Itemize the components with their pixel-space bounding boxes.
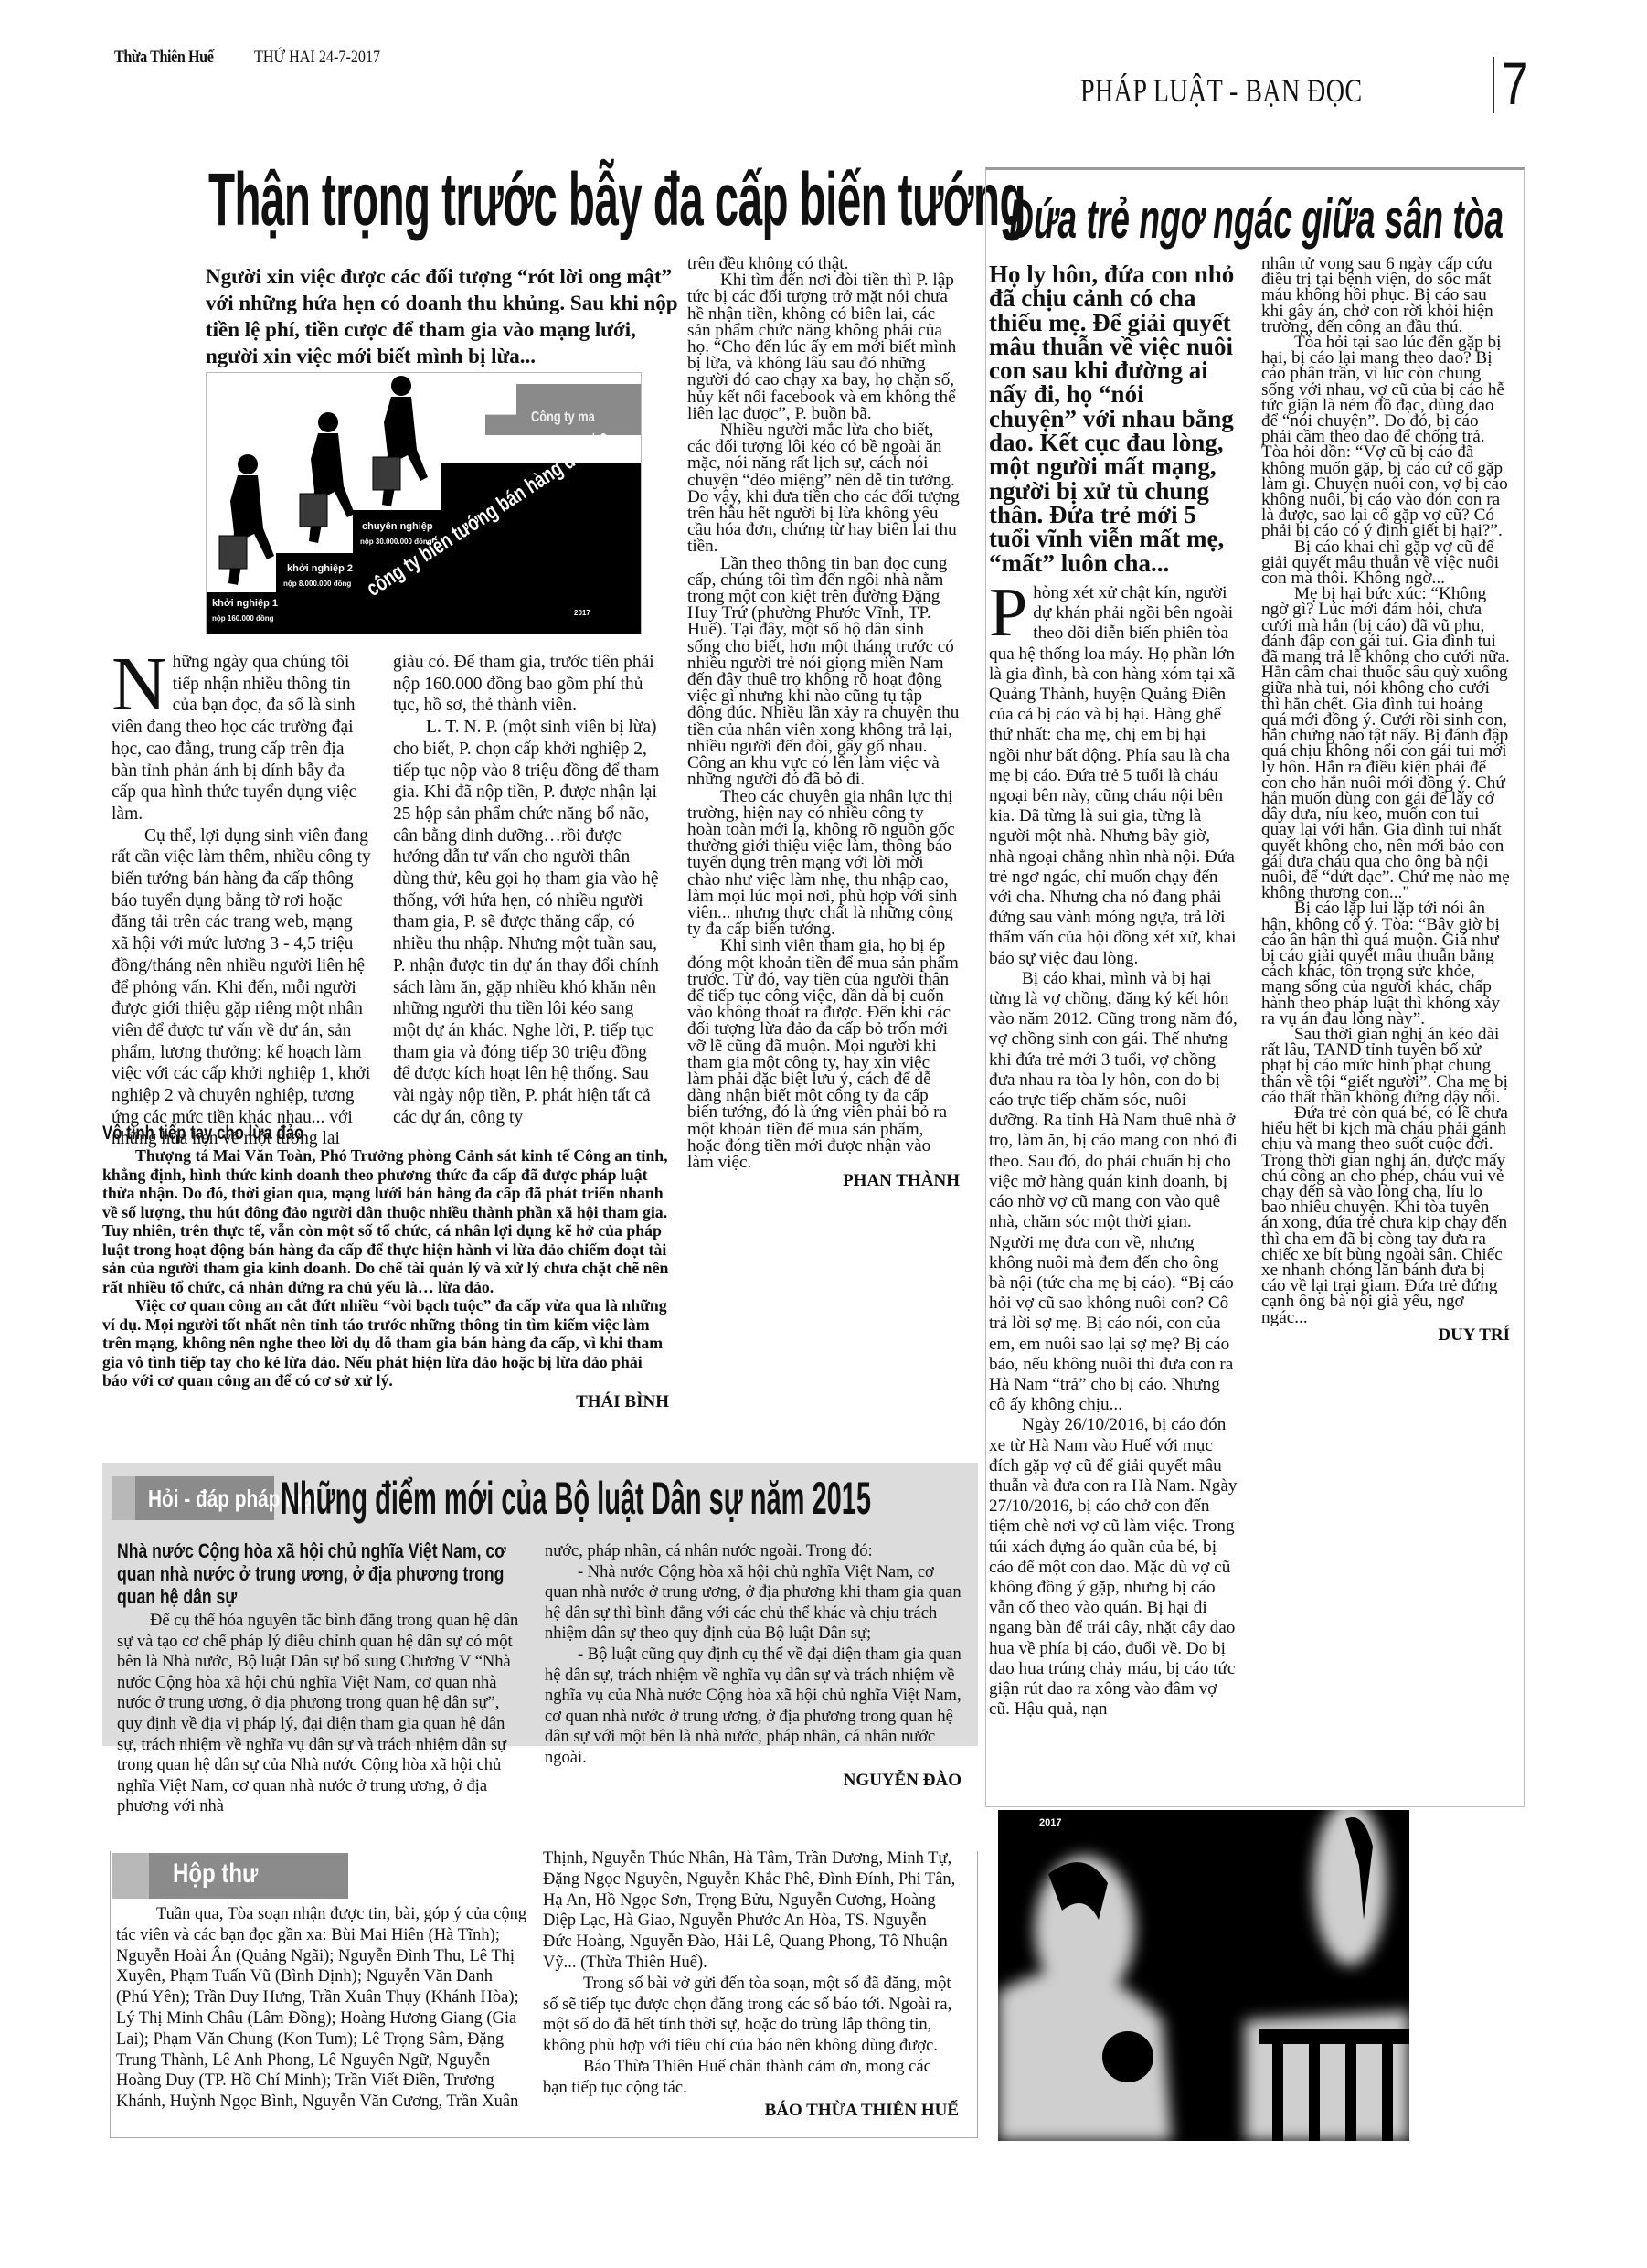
sidebar-subhead: Vô tình tiếp tay cho lừa đảo (102, 1123, 556, 1145)
paragraph: Thượng tá Mai Văn Toàn, Phó Trưởng phòng… (102, 1146, 669, 1296)
paragraph: Bị cáo lặp lui lặp tới nói ân hận, không… (1261, 900, 1510, 1027)
paragraph: Theo các chuyên gia nhân lực thị trường,… (687, 789, 960, 939)
mailbox-tag: Hộp thư (112, 1853, 348, 1899)
paragraph: Khi sinh viên tham gia, họ bị ép đóng mộ… (687, 938, 960, 1171)
page-number: 7 (1502, 53, 1528, 113)
mailbox-column-2: Thịnh, Nguyễn Thúc Nhân, Hà Tâm, Trần Dư… (543, 1848, 959, 2121)
paragraph: Báo Thừa Thiên Huế chân thành cảm ơn, mo… (543, 2057, 959, 2099)
paragraph: - Nhà nước Cộng hòa xã hội chủ nghĩa Việ… (545, 1562, 962, 1645)
article1-column-2: giàu có. Để tham gia, trước tiên phải nộ… (393, 652, 660, 1128)
legal-qa-column-2: nước, pháp nhân, cá nhân nước ngoài. Tro… (545, 1541, 962, 1791)
byline: BÁO THỪA THIÊN HUẾ (543, 2101, 959, 2122)
mailbox-tag-label: Hộp thư (173, 1858, 258, 1890)
mother-child-father-drawing (998, 1810, 1409, 2141)
article1-sidebar: Vô tình tiếp tay cho lừa đảo Thượng tá M… (102, 1123, 669, 1412)
paragraph: Tòa hỏi tại sao lúc đến gặp bị hại, bị c… (1261, 335, 1510, 539)
byline: DUY TRÍ (1261, 1327, 1510, 1343)
article2-sapo: Họ ly hôn, đứa con nhỏ đã chịu cảnh có c… (989, 262, 1238, 575)
paragraph: Nhiều người mắc lừa cho biết, các đối tư… (687, 422, 960, 556)
article1-column-1: Những ngày qua chúng tôi tiếp nhận nhiều… (112, 652, 372, 1150)
paragraph: Việc cơ quan công an cắt đứt nhiều “vòi … (102, 1296, 669, 1390)
article1-column-3: trên đều không có thật. Khi tìm đến nơi … (687, 256, 960, 1189)
legal-qa-question: Nhà nước Cộng hòa xã hội chủ nghĩa Việt … (117, 1539, 526, 1608)
article1-sapo: Người xin việc được các đối tượng “rót l… (206, 263, 681, 369)
paragraph: nhân tử vong sau 6 ngày cấp cứu điều trị… (1261, 256, 1510, 335)
mailbox-column-1: Tuần qua, Tòa soạn nhận được tin, bài, g… (116, 1904, 527, 2113)
courtroom-illustration: 2017 (998, 1810, 1409, 2141)
paragraph: Bị cáo khai, mình và bị hại từng là vợ c… (989, 969, 1238, 1415)
article2-column-1: Phòng xét xử chật kín, người dự khán phả… (989, 583, 1238, 1720)
paragraph: giàu có. Để tham gia, trước tiên phải nộ… (393, 652, 660, 717)
paragraph: L. T. N. P. (một sinh viên bị lừa) cho b… (393, 717, 660, 1128)
paragraph: Thịnh, Nguyễn Thúc Nhân, Hà Tâm, Trần Dư… (543, 1848, 959, 1974)
byline: THÁI BÌNH (102, 1392, 669, 1412)
dropcap: P (989, 585, 1027, 640)
article2-column-2: nhân tử vong sau 6 ngày cấp cứu điều trị… (1261, 256, 1510, 1343)
paragraph: Khi tìm đến nơi đòi tiền thì P. lập tức … (687, 272, 960, 422)
paragraph: Bị cáo khai chỉ gặp vợ cũ để giải quyết … (1261, 539, 1510, 587)
tag-accent (112, 1853, 149, 1899)
paragraph: Cụ thể, lợi dụng sinh viên đang rất cần … (112, 825, 372, 1151)
byline: PHAN THÀNH (687, 1173, 960, 1189)
article2-headline: Đứa trẻ ngơ ngác giữa sân tòa (1009, 192, 1504, 247)
newspaper-name: Thừa Thiên Huế (114, 48, 213, 68)
mlm-staircase-illustration: Công ty ma khởi nghiệp 1 nộp 160.000 đồn… (206, 372, 642, 634)
mailbox-box: Hộp thư Tuần qua, Tòa soạn nhận được tin… (110, 1851, 978, 2138)
illustration-signature: 2017 (574, 609, 590, 617)
legal-qa-tag: Hỏi - đáp pháp luật (112, 1476, 274, 1520)
paragraph: nước, pháp nhân, cá nhân nước ngoài. Tro… (545, 1541, 962, 1562)
paragraph: Lần theo thông tin bạn đọc cung cấp, chú… (687, 556, 960, 789)
tag-accent (112, 1476, 135, 1520)
section-title: PHÁP LUẬT - BẠN ĐỌC (1080, 71, 1363, 110)
paragraph: - Bộ luật cũng quy định cụ thể về đại di… (545, 1645, 962, 1769)
byline: NGUYỄN ĐÀO (545, 1771, 962, 1792)
paragraph: Đứa trẻ còn quá bé, có lẽ chưa hiểu hết … (1261, 1105, 1510, 1326)
illustration-signature: 2017 (1039, 1817, 1061, 1828)
paragraph: Sau thời gian nghị án kéo dài rất lâu, T… (1261, 1027, 1510, 1105)
legal-qa-headline: Những điểm mới của Bộ luật Dân sự năm 20… (281, 1475, 871, 1521)
legal-qa-column-1: Để cụ thể hóa nguyên tắc bình đẳng trong… (117, 1611, 528, 1817)
header-divider (1493, 57, 1494, 113)
paragraph: Ngày 26/10/2016, bị cáo đón xe từ Hà Nam… (989, 1415, 1238, 1720)
businessman-silhouettes (207, 373, 641, 634)
dropcap: N (112, 654, 167, 716)
paragraph: Mẹ bị hại bức xúc: “Không ngờ gì? Lúc mớ… (1261, 586, 1510, 900)
article1-headline: Thận trọng trước bẫy đa cấp biến tướng (208, 163, 1025, 238)
paragraph: Trong số bài vở gửi đến tòa soạn, một số… (543, 1974, 959, 2057)
legal-qa-box: Hỏi - đáp pháp luật Những điểm mới của B… (102, 1463, 978, 1746)
paragraph: Để cụ thể hóa nguyên tắc bình đẳng trong… (117, 1611, 528, 1817)
issue-date: THỨ HAI 24-7-2017 (254, 48, 380, 68)
paragraph: Tuần qua, Tòa soạn nhận được tin, bài, g… (116, 1904, 527, 2113)
